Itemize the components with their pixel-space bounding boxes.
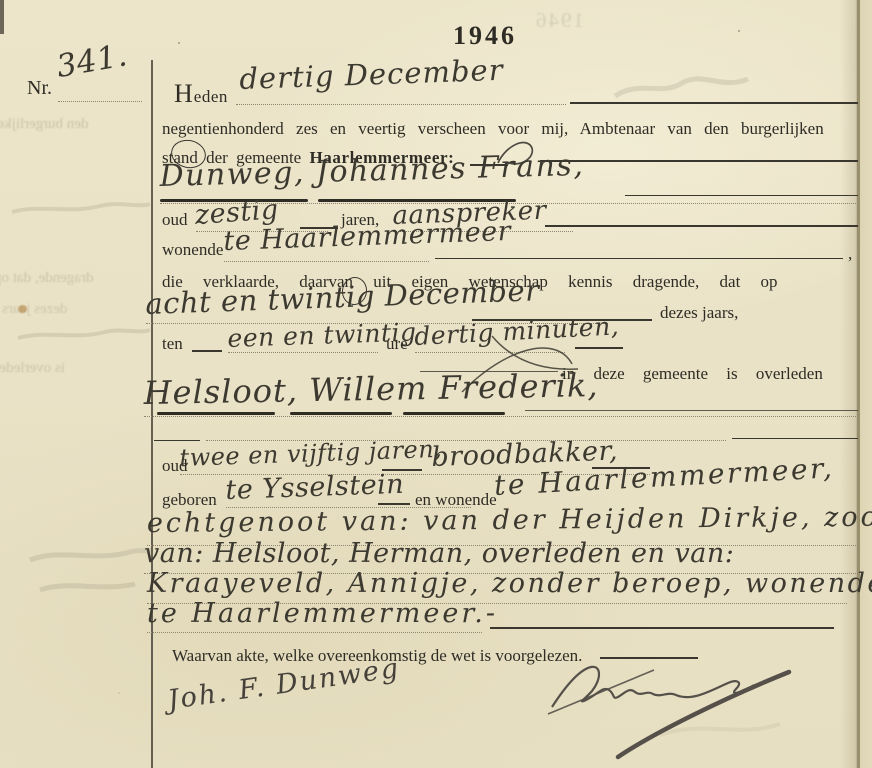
birthplace-handwritten: te Ysselstein	[225, 470, 405, 506]
adjacent-page-strip	[860, 0, 872, 768]
final-residence-line	[490, 627, 834, 629]
date-dotted-line	[236, 104, 566, 105]
gemeente-long-line	[540, 160, 858, 162]
act-number: 341.	[54, 38, 130, 84]
underline-deceased-2	[290, 412, 392, 415]
residence-dotted-line	[224, 261, 429, 262]
ink-stain	[18, 305, 27, 313]
intro-line: negentienhonderd zes en veertig verschee…	[162, 119, 824, 139]
year-heading: 1946	[453, 20, 517, 51]
empty-row-left-dash	[154, 440, 200, 441]
page-edge-shadow	[840, 0, 858, 768]
deceased-dotted	[144, 416, 858, 417]
bleedthrough-fragment: dragende, dat op	[0, 270, 94, 287]
date-solid-line	[570, 102, 858, 104]
nr-dotted-line	[58, 101, 142, 102]
ten-short-line	[192, 350, 222, 352]
deceased-solid	[525, 410, 858, 411]
deceased-name-handwritten: Helsloot, Willem Frederik,	[143, 368, 598, 411]
time-short-line	[575, 347, 623, 349]
mother-line-handwritten: Kraayeveld, Annigje, zonder beroep, wone…	[147, 569, 872, 599]
dezes-jaars-label: dezes jaars,	[660, 303, 738, 323]
deceased-age-handwritten: twee en vijftig jaren,	[179, 436, 443, 472]
underline-deceased-3	[403, 412, 505, 415]
bleedthrough-fragment: is overleden	[0, 360, 65, 377]
empty-row-right-dash	[732, 438, 858, 439]
residence-comma: ,	[848, 244, 852, 264]
birthplace-line	[378, 503, 410, 505]
bleedthrough-fragment: den burgerlijken	[0, 116, 88, 133]
margin-rule	[151, 60, 153, 768]
minutes-dotted	[415, 352, 565, 353]
residence-solid-line	[435, 258, 843, 259]
bleedthrough-fragment: dezes jaars	[2, 301, 67, 318]
hour-dotted	[228, 352, 378, 353]
final-residence-dotted	[147, 632, 482, 633]
bleedthrough-year: 1946	[534, 8, 584, 33]
final-residence-handwritten: te Haarlemmermeer.-	[147, 599, 498, 629]
underline-deceased-1	[157, 412, 275, 415]
death-certificate-scan: 1946 den burgerlijken dragende, dat op d…	[0, 0, 872, 768]
occupation-solid-line	[545, 225, 858, 227]
death-minutes-handwritten: dertig minuten,	[414, 312, 620, 350]
act-date-handwritten: dertig December	[239, 55, 504, 96]
nr-label: Nr.	[27, 76, 52, 100]
father-line-handwritten: van: Helsloot, Herman, overleden en van:	[144, 539, 734, 569]
declarant-solid-line	[625, 195, 858, 196]
heden-label: Heden	[174, 78, 228, 109]
closing-dash-line	[600, 657, 698, 659]
paper-specks	[178, 42, 180, 44]
official-signature	[548, 667, 789, 757]
oud-label: oud	[162, 210, 188, 230]
spouse-line-handwritten: echtgenoot van: van der Heijden Dirkje, …	[147, 502, 872, 538]
ten-label: ten	[162, 334, 183, 354]
overleden-line: in deze gemeente is overleden	[562, 364, 823, 384]
scan-corner-artifact	[0, 0, 4, 34]
wonende-label: wonende	[162, 240, 223, 260]
ure-label: ure	[386, 334, 408, 354]
